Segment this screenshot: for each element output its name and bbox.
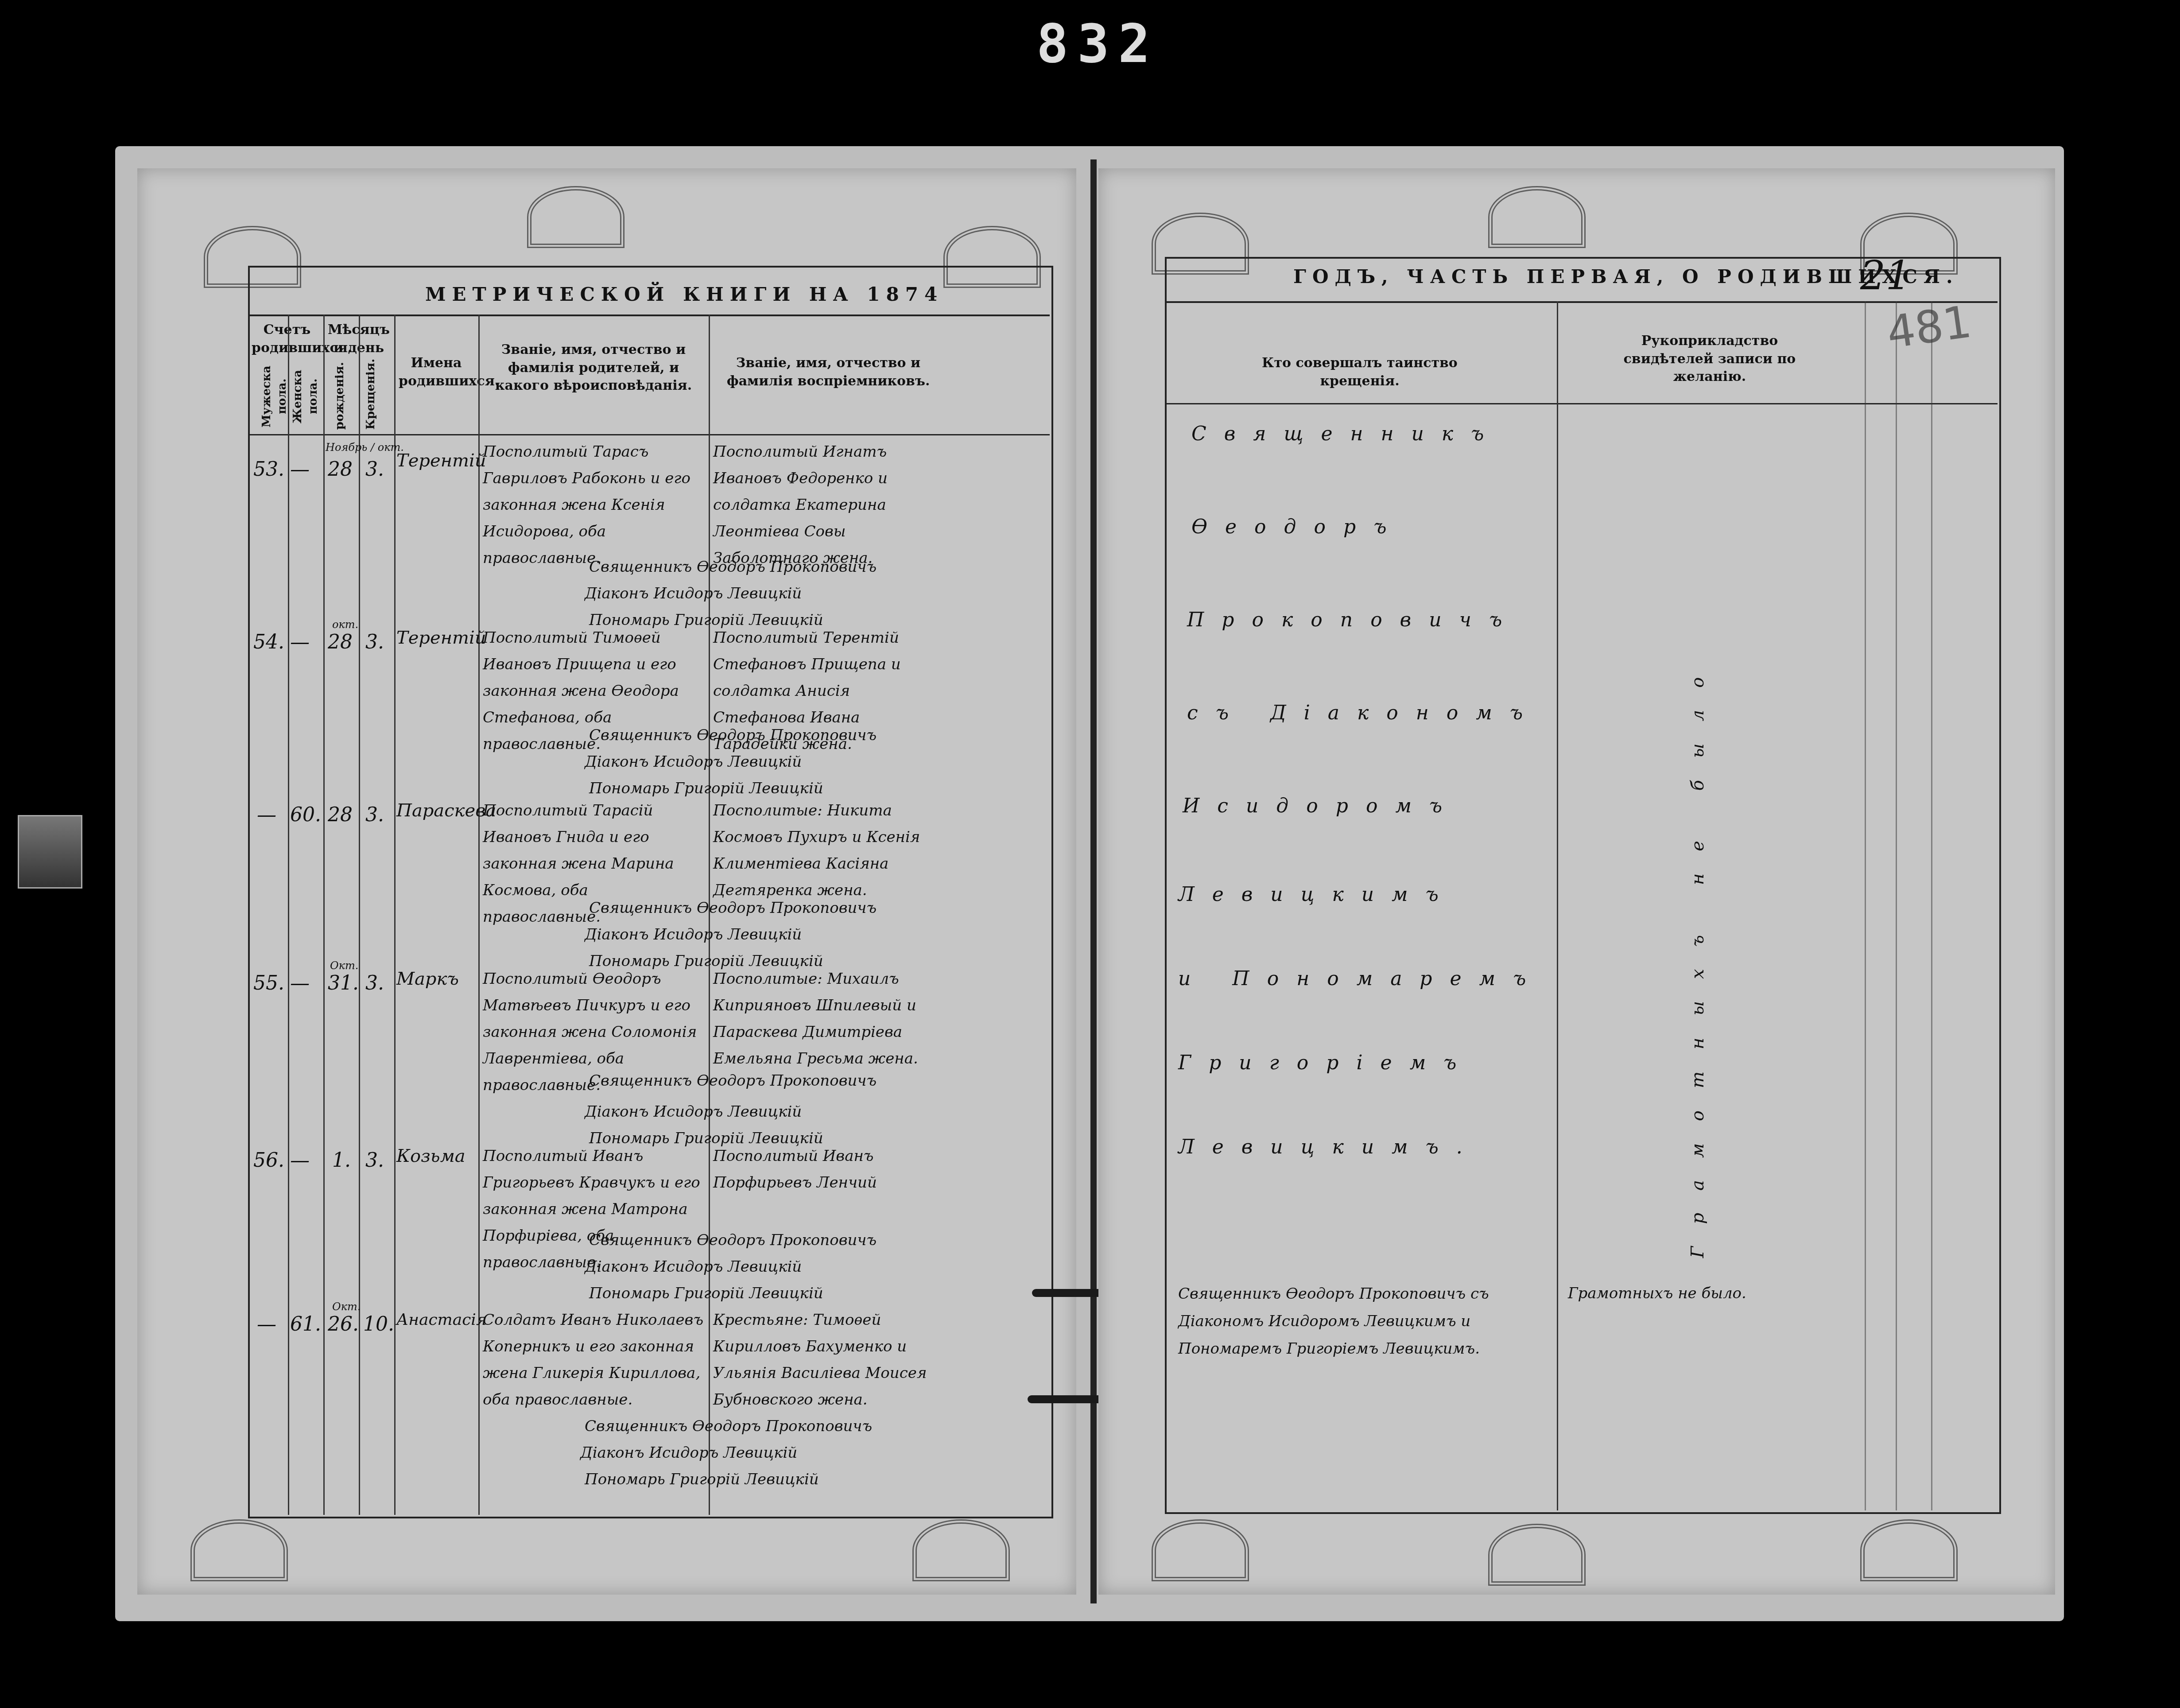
female-number: —: [290, 1147, 310, 1174]
divider: [248, 314, 1050, 316]
header-names: Имена родившихся.: [399, 354, 474, 390]
right-page: ГОДЪ, ЧАСТЬ ПЕРВАЯ, О РОДИВШИХСЯ. 21 481…: [1098, 168, 2055, 1595]
godparents: Крестьяне: Тимоѳей Кирилловъ Бахуменко и…: [713, 1307, 939, 1413]
header-performed-by: Кто совершалъ таинство крещенія.: [1227, 354, 1493, 390]
column-rule: [1557, 301, 1558, 1510]
deacon-signature: Діаконъ Исидоръ Левицкій: [585, 585, 802, 602]
header-baptism: Крещенія.: [363, 363, 379, 430]
male-number: 53.: [253, 456, 284, 483]
header-parents: Званіе, имя, отчество и фамилія родителе…: [483, 341, 704, 395]
column-rule: [323, 314, 325, 1515]
birth-day: 31.: [328, 970, 359, 997]
child-name: Параскева: [396, 797, 496, 824]
performed-by-line: съ Діакономъ: [1187, 700, 1540, 726]
right-page-title: ГОДЪ, ЧАСТЬ ПЕРВАЯ, О РОДИВШИХСЯ.: [1293, 266, 1959, 287]
column-rule: [1865, 301, 1866, 1510]
column-rule: [1931, 301, 1932, 1510]
parents: Посполитый Иванъ Григорьевъ Кравчукъ и е…: [483, 1143, 704, 1276]
male-number: 54.: [253, 629, 284, 656]
deacon-signature: Діаконъ Исидоръ Левицкій: [580, 1444, 797, 1462]
priest-signature: Священникъ Ѳеодоръ Прокоповичъ: [589, 1072, 877, 1090]
column-rule: [288, 314, 289, 1515]
child-name: Маркъ: [396, 966, 459, 992]
priest-signature: Священникъ Ѳеодоръ Прокоповичъ: [585, 1417, 872, 1435]
male-number: —: [257, 802, 276, 828]
bottom-ornament-icon: [1488, 1524, 1586, 1586]
column-rule: [1896, 301, 1897, 1510]
child-name: Терентій: [396, 625, 486, 651]
male-number: 55.: [253, 970, 284, 997]
baptism-day: 3.: [365, 1147, 384, 1174]
witnesses-vertical-note: Грамотныхъ не было: [1687, 416, 1708, 1258]
column-rule: [478, 314, 480, 1515]
top-ornament-icon: [1488, 186, 1586, 248]
birth-day: 28: [328, 456, 353, 483]
baptism-day: 3.: [365, 970, 384, 997]
baptism-day: 3.: [365, 456, 384, 483]
deacon-signature: Діаконъ Исидоръ Левицкій: [585, 753, 802, 771]
sexton-signature: Пономарь Григорій Левицкій: [589, 1285, 823, 1302]
left-page: МЕТРИЧЕСКОЙ КНИГИ НА 1874 Счетъ родивших…: [137, 168, 1076, 1595]
folio-number: 21: [1860, 252, 1911, 299]
header-godparents: Званіе, имя, отчество и фамилія воспріем…: [713, 354, 943, 390]
priest-signature: Священникъ Ѳеодоръ Прокоповичъ: [589, 1231, 877, 1249]
scan-frame-counter: 832: [1036, 13, 1159, 75]
left-page-title: МЕТРИЧЕСКОЙ КНИГИ НА 1874: [425, 283, 943, 305]
last-record-performed-by: Священникъ Ѳеодоръ Прокоповичъ съ Діакон…: [1178, 1280, 1550, 1363]
female-number: —: [290, 629, 310, 656]
priest-signature: Священникъ Ѳеодоръ Прокоповичъ: [589, 558, 877, 576]
performed-by-line: Прокоповичъ: [1187, 607, 1520, 633]
performed-by-line: Левицкимъ: [1178, 881, 1456, 908]
child-name: Козьма: [396, 1143, 465, 1169]
baptism-day: 10.: [363, 1311, 394, 1338]
male-number: —: [257, 1311, 276, 1338]
birth-day: 1.: [332, 1147, 351, 1174]
header-witnesses: Рукоприкладство свидѣтелей записи по жел…: [1594, 332, 1825, 386]
binder-clip-icon: [18, 815, 82, 889]
corner-ornament-icon: [912, 1519, 1010, 1581]
deacon-signature: Діаконъ Исидоръ Левицкій: [585, 1258, 802, 1276]
male-number: 56.: [253, 1147, 284, 1174]
deacon-signature: Діаконъ Исидоръ Левицкій: [585, 926, 802, 943]
birth-day: 28: [328, 629, 353, 656]
birth-day: 28: [328, 802, 353, 828]
deacon-signature: Діаконъ Исидоръ Левицкій: [585, 1103, 802, 1121]
godparents: Посполитые: Никита Космовъ Пухиръ и Ксен…: [713, 797, 939, 904]
parents: Солдатъ Иванъ Николаевъ Коперникъ и его …: [483, 1307, 704, 1413]
header-divider: [1165, 403, 1998, 404]
parents: Посполитый Тарасъ Гавриловъ Рабоконь и е…: [483, 439, 704, 571]
book-spine: [1090, 159, 1097, 1603]
child-name: Анастасія: [396, 1307, 487, 1333]
header-birth: рожденія.: [332, 363, 348, 430]
female-number: 61.: [290, 1311, 321, 1338]
sexton-signature: Пономарь Григорій Левицкій: [589, 780, 823, 797]
godparents: Посполитые: Михаилъ Киприяновъ Шпилевый …: [713, 966, 939, 1072]
performed-by-line: Исидоромъ: [1183, 793, 1460, 819]
performed-by-line: Священникъ: [1191, 421, 1501, 447]
header-female: Женска пола.: [290, 363, 321, 430]
female-number: 60.: [290, 802, 321, 828]
performed-by-line: и Пономаремъ: [1178, 966, 1544, 992]
performed-by-line: Григоріемъ: [1178, 1050, 1474, 1076]
birth-day: 26.: [328, 1311, 359, 1338]
top-ornament-icon: [527, 186, 625, 248]
baptism-day: 3.: [365, 802, 384, 828]
female-number: —: [290, 456, 310, 483]
header-male: Мужеска пола.: [259, 363, 290, 430]
priest-signature: Священникъ Ѳеодоръ Прокоповичъ: [589, 726, 877, 744]
sexton-signature: Пономарь Григорій Левицкій: [585, 1471, 819, 1488]
header-count-group: Счетъ родившихся.: [252, 321, 322, 357]
godparents: Посполитый Игнатъ Ивановъ Федоренко и со…: [713, 439, 939, 571]
last-record-witnesses: Грамотныхъ не было.: [1568, 1280, 1851, 1307]
corner-ornament-icon: [1152, 1519, 1249, 1581]
performed-by-line: Левицкимъ.: [1178, 1134, 1480, 1161]
corner-ornament-icon: [1860, 1519, 1958, 1581]
corner-ornament-icon: [190, 1519, 288, 1581]
performed-by-line: Ѳеодоръ: [1191, 514, 1404, 540]
column-rule: [359, 314, 360, 1515]
child-name: Терентій: [396, 447, 486, 474]
godparents: Посполитый Иванъ Порфирьевъ Ленчий: [713, 1143, 939, 1196]
baptism-day: 3.: [365, 629, 384, 656]
divider: [1165, 301, 1998, 303]
column-rule: [394, 314, 396, 1515]
priest-signature: Священникъ Ѳеодоръ Прокоповичъ: [589, 899, 877, 917]
female-number: —: [290, 970, 310, 997]
